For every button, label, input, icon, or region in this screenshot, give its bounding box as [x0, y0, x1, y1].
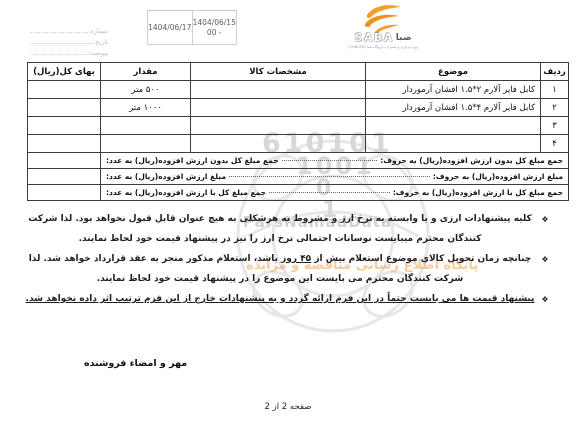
letterhead-fields: شماره: تاریخ: پیوست: [28, 24, 108, 57]
summary-label-in-figures: مبلغ ارزش افزوده(ریال) به عدد: [106, 172, 226, 181]
summary-label-in-words: مبلغ ارزش افزوده(ریال) به حروف: [433, 172, 563, 181]
summary-value-cell [28, 185, 101, 201]
summary-row-vat: مبلغ ارزش افزوده(ریال) به حروف: مبلغ ارز… [28, 169, 569, 185]
note-currency-offers: ❖ کلیه پیشنهادات ارزی و یا وابسته به نرخ… [22, 209, 552, 249]
cell-specifications [191, 117, 366, 135]
diamond-bullet-icon: ❖ [538, 249, 552, 270]
date-value: 1404/06/15 [193, 18, 236, 28]
date-cell-right: 1404/06/15 00 - [192, 11, 237, 44]
field-number-label: شماره: [88, 27, 108, 35]
cell-subject [366, 135, 541, 153]
summary-band: مبلغ ارزش افزوده(ریال) به حروف: مبلغ ارز… [101, 169, 569, 185]
note-text-pre: چنانچه زمان تحویل کالای موضوع استعلام بی… [311, 254, 531, 264]
note-text: کلیه پیشنهادات ارزی و یا وابسته به نرخ ا… [22, 209, 538, 249]
note-form-only: ❖ پیشنهاد قیمت ها می بایست حتماً در این … [22, 289, 552, 310]
header-specifications: مشخصات کالا [191, 63, 366, 81]
dotted-line [30, 43, 93, 44]
field-attachment: پیوست: [28, 46, 108, 57]
cell-total-price [28, 135, 101, 153]
date-box: 1404/06/17 1404/06/15 00 - [147, 10, 237, 45]
note-text: پیشنهاد قیمت ها می بایست حتماً در این فر… [22, 289, 538, 309]
saba-wordmark-en: SABA [354, 31, 393, 44]
table-row: ۱ کابل فایر آلارم ۲*۱.۵ افشان آرموردار ۵… [28, 81, 569, 99]
cell-quantity: ۵۰۰ متر [101, 81, 191, 99]
field-number: شماره: [28, 24, 108, 35]
saba-tagline: بهره برداری و تعمیرات نیروگاه صبا (CHB.L… [348, 45, 417, 49]
date-value: 1404/06/17 [148, 23, 191, 33]
cell-total-price [28, 99, 101, 117]
cell-specifications [191, 81, 366, 99]
cell-subject: کابل فایر آلارم ۴*۱.۵ افشان آرموردار [366, 99, 541, 117]
date-cell-left: 1404/06/17 [148, 11, 192, 44]
page-number: صفحه 2 از 2 [0, 402, 576, 412]
cell-quantity: ۱۰۰۰ متر [101, 99, 191, 117]
cell-quantity [101, 117, 191, 135]
header-quantity: مقدار [101, 63, 191, 81]
note-text: چنانچه زمان تحویل کالای موضوع استعلام بی… [22, 249, 538, 289]
table-row: ۲ کابل فایر آلارم ۴*۱.۵ افشان آرموردار ۱… [28, 99, 569, 117]
summary-label-in-figures: جمع مبلغ کل با ارزش افزوده(ریال) به عدد: [106, 188, 266, 197]
field-attachment-label: پیوست: [87, 49, 108, 57]
dotted-line [30, 32, 88, 33]
summary-row-total-with-vat: جمع مبلغ کل با ارزش افزوده(ریال) به حروف… [28, 185, 569, 201]
diamond-bullet-icon: ❖ [538, 209, 552, 230]
saba-wordmark: SABA صبا [354, 31, 411, 44]
summary-band: جمع مبلغ کل بدون ارزش افزوده(ریال) به حر… [101, 153, 569, 169]
cell-total-price [28, 81, 101, 99]
cell-row-number: ۱ [541, 81, 569, 99]
cell-total-price [28, 117, 101, 135]
saba-flame-icon [361, 3, 405, 33]
seller-signature-label: مهر و امضاء فروشنده [84, 358, 187, 369]
header-total-price: بهای کل(ریال) [28, 63, 101, 81]
summary-row-total-without-vat: جمع مبلغ کل بدون ارزش افزوده(ریال) به حر… [28, 153, 569, 169]
table-row: ۳ [28, 117, 569, 135]
saba-logo: SABA صبا بهره برداری و تعمیرات نیروگاه ص… [335, 3, 431, 57]
cell-specifications [191, 135, 366, 153]
inquiry-form-page: { "form": { "labels": ["شماره:", "تاریخ:… [0, 0, 576, 438]
summary-value-cell [28, 169, 101, 185]
cell-row-number: ۲ [541, 99, 569, 117]
dotted-leader [269, 192, 390, 193]
field-date-label: تاریخ: [93, 38, 108, 46]
cell-specifications [191, 99, 366, 117]
dotted-leader [229, 176, 430, 177]
summary-label-in-words: جمع مبلغ کل بدون ارزش افزوده(ریال) به حر… [380, 156, 563, 165]
inquiry-items-table: ردیف موضوع مشخصات کالا مقدار بهای کل(ریا… [27, 62, 569, 201]
summary-label-in-figures: جمع مبلغ کل بدون ارزش افزوده(ریال) به عد… [106, 156, 279, 165]
summary-band: جمع مبلغ کل با ارزش افزوده(ریال) به حروف… [101, 185, 569, 201]
cell-row-number: ۳ [541, 117, 569, 135]
header-row-number: ردیف [541, 63, 569, 81]
terms-notes: ❖ کلیه پیشنهادات ارزی و یا وابسته به نرخ… [22, 209, 552, 310]
header-subject: موضوع [366, 63, 541, 81]
cell-row-number: ۴ [541, 135, 569, 153]
diamond-bullet-icon: ❖ [538, 289, 552, 310]
dotted-line [30, 54, 87, 55]
cell-quantity [101, 135, 191, 153]
saba-wordmark-fa: صبا [396, 33, 412, 43]
field-date: تاریخ: [28, 35, 108, 46]
summary-value-cell [28, 153, 101, 169]
date-value-line2: 00 - [207, 28, 222, 38]
summary-label-in-words: جمع مبلغ کل با ارزش افزوده(ریال) به حروف… [393, 188, 563, 197]
dotted-leader [282, 160, 378, 161]
cell-subject: کابل فایر آلارم ۲*۱.۵ افشان آرموردار [366, 81, 541, 99]
cell-subject [366, 117, 541, 135]
table-header-row: ردیف موضوع مشخصات کالا مقدار بهای کل(ریا… [28, 63, 569, 81]
table-row: ۴ [28, 135, 569, 153]
note-delivery-time: ❖ چنانچه زمان تحویل کالای موضوع استعلام … [22, 249, 552, 289]
note-text-emphasis: ۴۵ روز [281, 254, 311, 264]
